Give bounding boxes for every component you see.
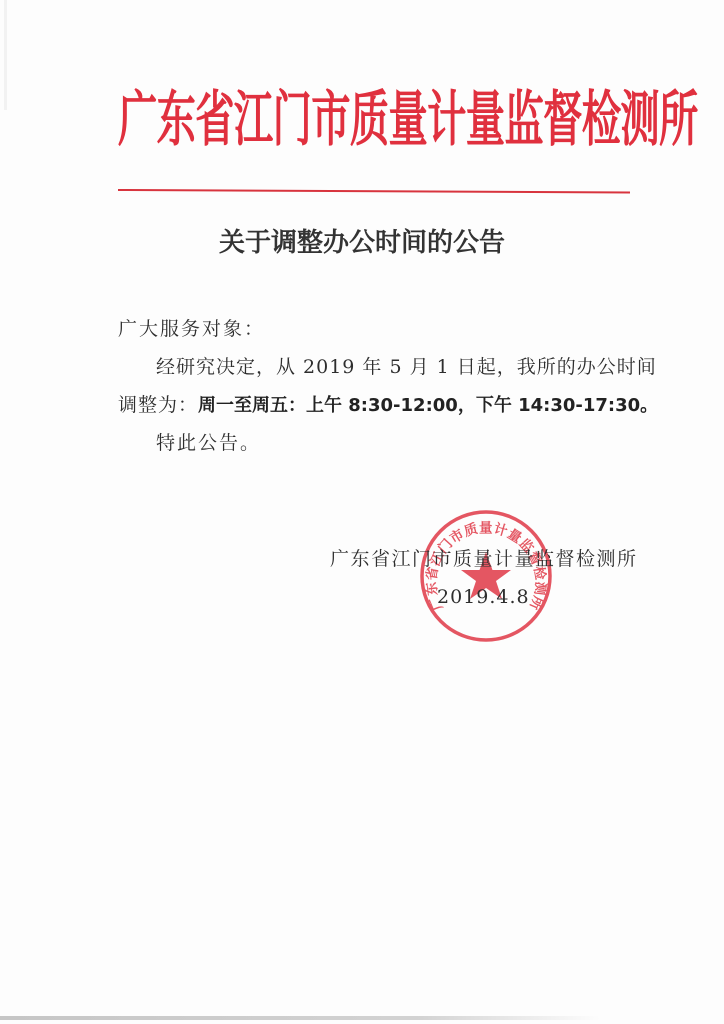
office-hours-label: 调整为： xyxy=(118,394,198,416)
letterhead-red-rule xyxy=(118,189,630,194)
announcement-paragraph-1: 经研究决定，从 2019 年 5 月 1 日起，我所的办公时间 xyxy=(156,354,657,380)
document-page: 广东省江门市质量计量监督检测所 关于调整办公时间的公告 广大服务对象： 经研究决… xyxy=(0,0,724,1024)
closing-line: 特此公告。 xyxy=(156,430,261,456)
signature-date: 2019.4.8 xyxy=(437,584,530,610)
scan-bottom-line-artifact xyxy=(0,1016,600,1020)
announcement-paragraph-2: 调整为：周一至周五：上午 8:30-12:00，下午 14:30-17:30。 xyxy=(118,392,658,419)
letterhead-organization-name: 广东省江门市质量计量监督检测所 xyxy=(118,84,698,156)
document-title: 关于调整办公时间的公告 xyxy=(0,226,724,260)
salutation: 广大服务对象： xyxy=(118,316,265,342)
letterhead: 广东省江门市质量计量监督检测所 xyxy=(118,84,630,156)
office-hours-schedule: 周一至周五：上午 8:30-12:00，下午 14:30-17:30。 xyxy=(198,395,658,416)
official-seal-stamp-icon: 广东省江门市质量计量监督检测所 xyxy=(418,508,554,644)
scan-edge-artifact xyxy=(4,0,7,110)
signature-organization: 广东省江门市质量计量监督检测所 xyxy=(330,546,638,572)
